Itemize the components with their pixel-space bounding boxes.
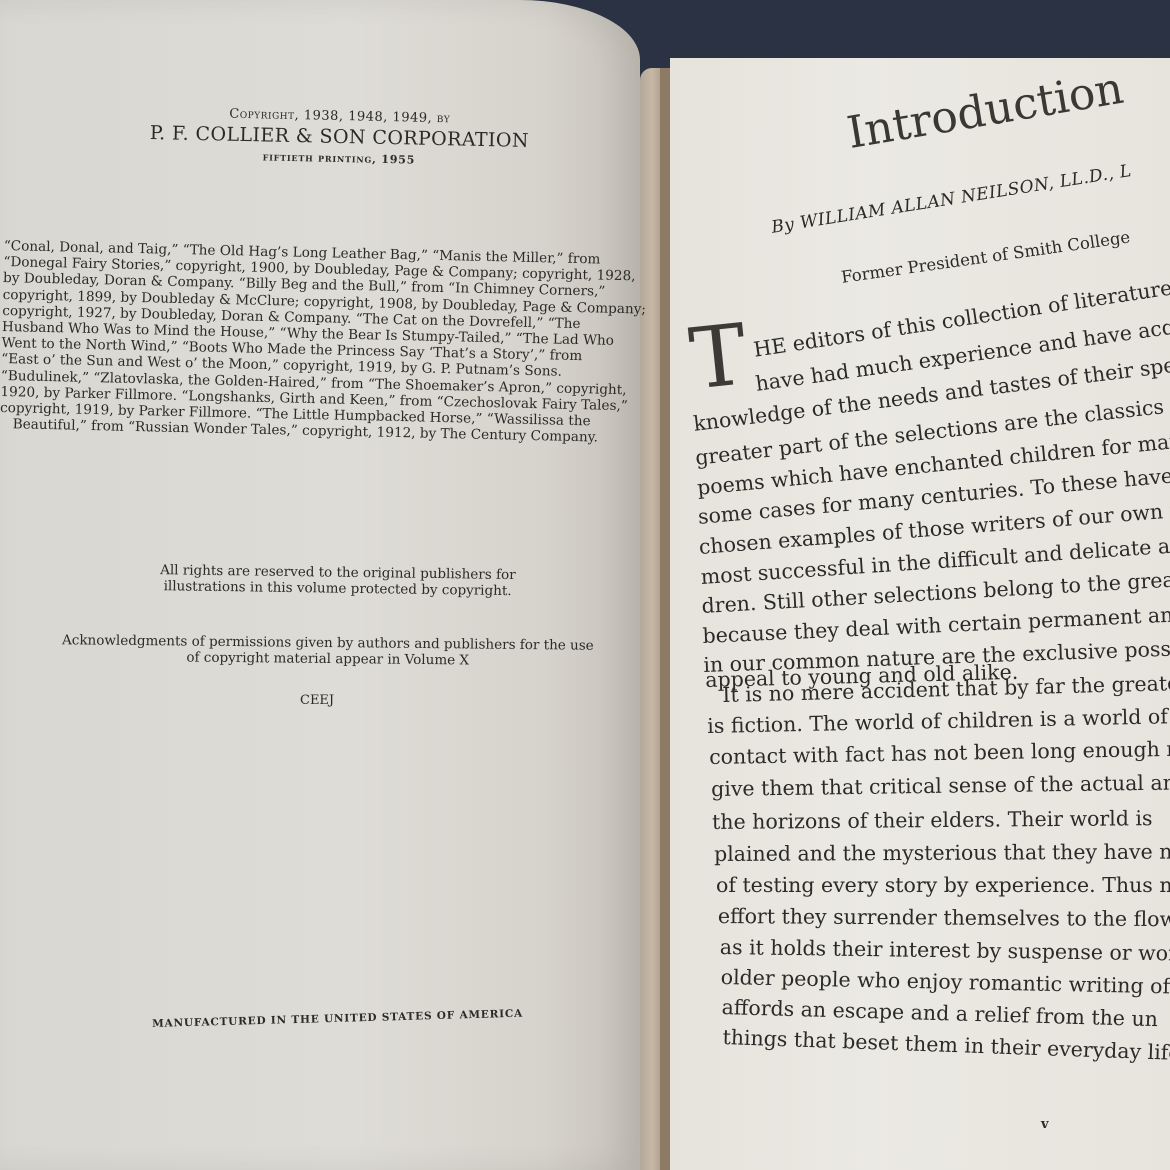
story-credits: “Conal, Donal, and Taig,” “The Old Hag’s… <box>0 238 640 447</box>
paragraph-line: plained and the mysterious that they hav… <box>714 839 1170 866</box>
copyright-notice: Copyright, 1938, 1948, 1949, by P. F. CO… <box>149 105 530 169</box>
printer-code: CEEJ <box>300 693 334 708</box>
paragraph-line: of testing every story by experience. Th… <box>716 873 1170 897</box>
rights-reserved-notice: All rights are reserved to the original … <box>148 562 528 599</box>
drop-cap: T <box>686 312 751 401</box>
paragraph-line: the horizons of their elders. Their worl… <box>712 806 1153 834</box>
acknowledgments-notice: Acknowledgments of permissions given by … <box>42 632 614 670</box>
page-edge <box>660 68 670 1170</box>
paragraph-line: effort they surrender themselves to the … <box>718 904 1170 931</box>
page-number: v <box>1041 1117 1049 1132</box>
